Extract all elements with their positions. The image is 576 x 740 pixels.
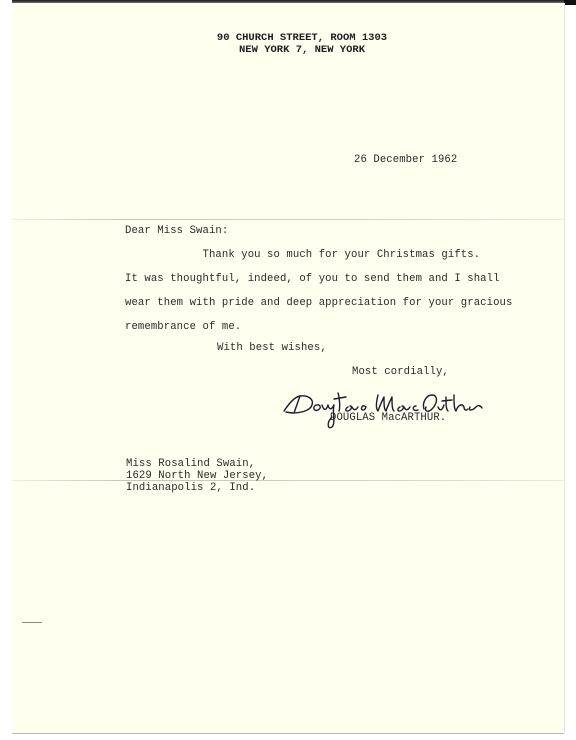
recipient-name: Miss Rosalind Swain, [126, 458, 268, 470]
salutation: Dear Miss Swain: [125, 225, 228, 237]
letterhead: 90 CHURCH STREET, ROOM 1303 NEW YORK 7, … [12, 32, 564, 56]
closing-wishes: With best wishes, [217, 342, 327, 354]
scan-corner [564, 0, 576, 5]
recipient-street: 1629 North New Jersey, [126, 470, 268, 482]
recipient-address: Miss Rosalind Swain, 1629 North New Jers… [126, 458, 268, 494]
letter-body: Thank you so much for your Christmas gif… [125, 243, 512, 339]
body-line: remembrance of me. [125, 315, 512, 339]
body-line: wear them with pride and deep appreciati… [125, 291, 512, 315]
letterhead-city: NEW YORK 7, NEW YORK [12, 44, 564, 56]
fold-line [12, 219, 564, 220]
typed-signature-name: DOUGLAS MacARTHUR. [330, 412, 446, 424]
handwritten-signature [282, 383, 492, 433]
letter-page: 90 CHURCH STREET, ROOM 1303 NEW YORK 7, … [12, 3, 564, 733]
margin-mark [22, 622, 42, 623]
body-line: Thank you so much for your Christmas gif… [125, 243, 512, 267]
recipient-city: Indianapolis 2, Ind. [126, 482, 268, 494]
letterhead-address: 90 CHURCH STREET, ROOM 1303 [12, 32, 564, 44]
fold-line [12, 480, 564, 481]
complimentary-close: Most cordially, [352, 366, 449, 378]
body-line: It was thoughtful, indeed, of you to sen… [125, 267, 512, 291]
letter-date: 26 December 1962 [354, 154, 457, 166]
